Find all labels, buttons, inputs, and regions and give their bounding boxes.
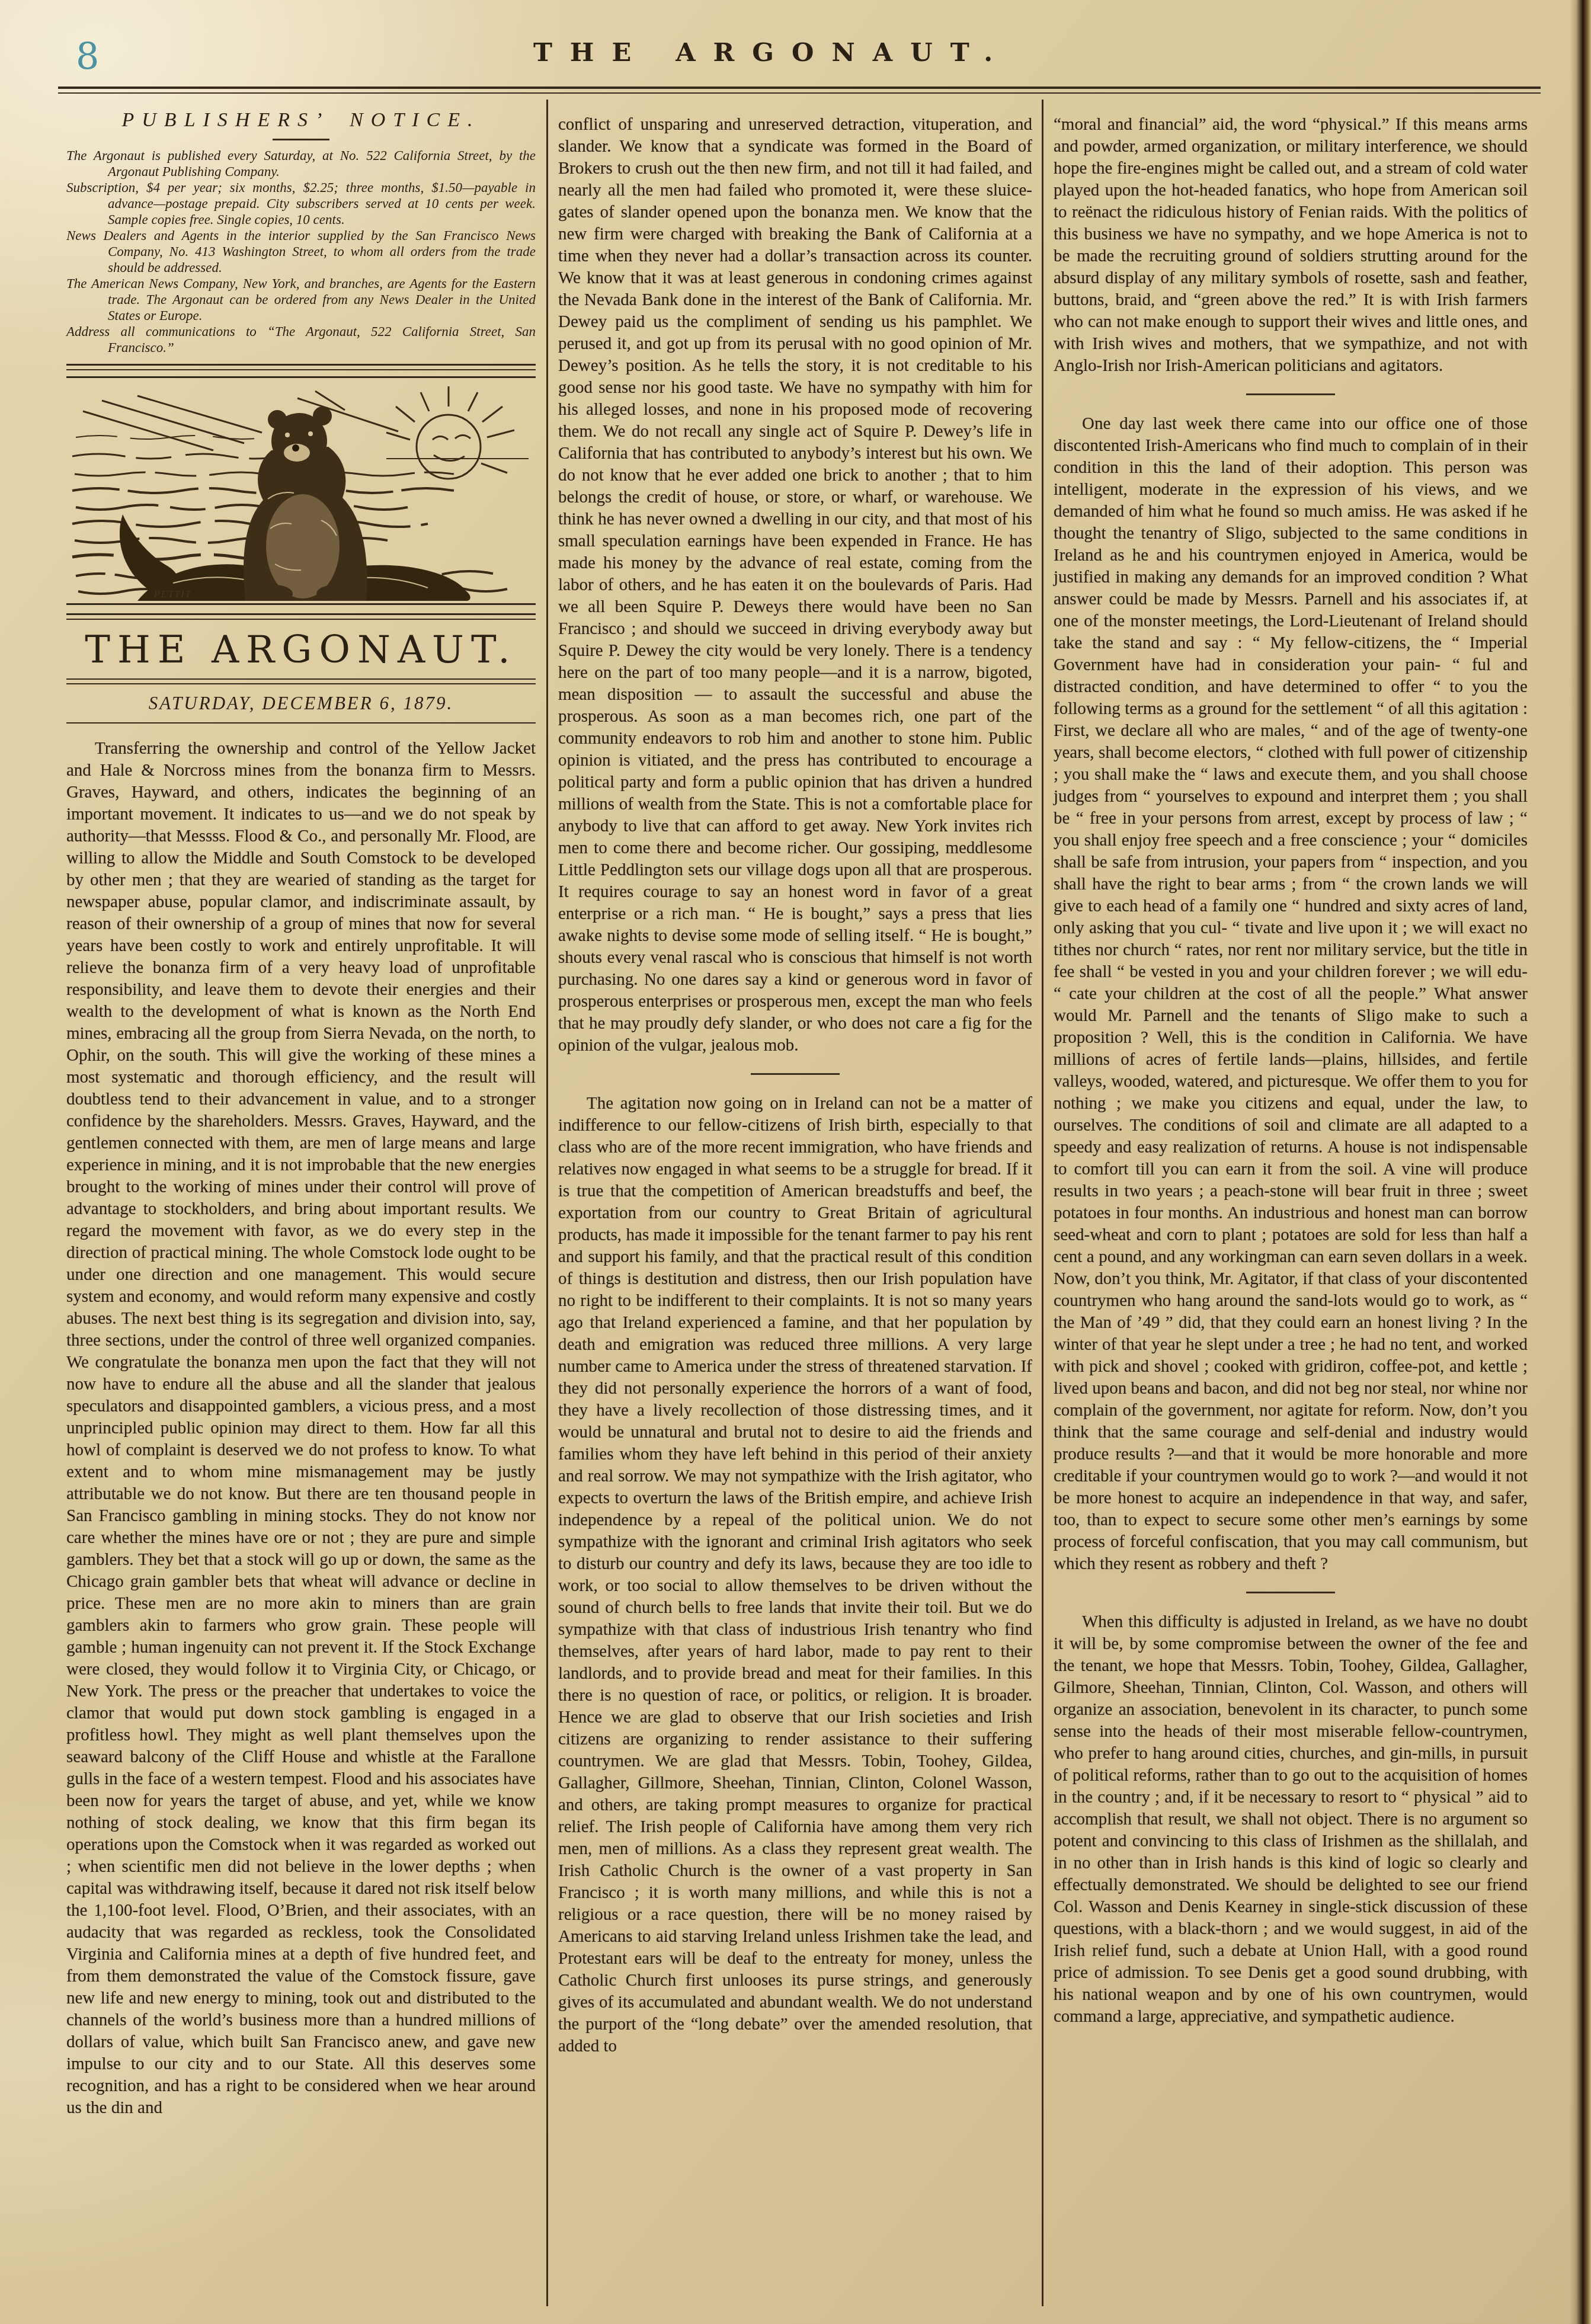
dateline-rule bbox=[66, 722, 536, 724]
masthead-title: THE ARGONAUT. bbox=[66, 630, 536, 670]
engraver-signature: PETTIT bbox=[153, 590, 192, 600]
section-divider bbox=[751, 1073, 840, 1075]
column-divider-rule-left bbox=[546, 100, 548, 2306]
notice-paragraph: News Dealers and Agents in the interior … bbox=[66, 228, 536, 276]
engraving-bottom-rule bbox=[66, 613, 536, 620]
article-paragraph: “moral and financial” aid, the word “phy… bbox=[1054, 114, 1528, 377]
masthead-engraving: PETTIT bbox=[66, 376, 536, 605]
notice-paragraph: The American News Company, New York, and… bbox=[66, 276, 536, 324]
page-edge-shadow bbox=[1570, 0, 1591, 2324]
running-head: THE ARGONAUT. bbox=[0, 38, 1544, 68]
header-rule-thin bbox=[58, 92, 1541, 94]
notice-bottom-rule bbox=[66, 364, 536, 370]
article-column-left: Transferring the ownership and control o… bbox=[66, 738, 536, 2119]
notice-paragraph: Subscription, $4 per year; six months, $… bbox=[66, 180, 536, 228]
publishers-notice: The Argonaut is published every Saturday… bbox=[66, 148, 536, 356]
header-rule-thick bbox=[58, 87, 1541, 89]
publishers-notice-divider bbox=[273, 139, 329, 140]
notice-paragraph: The Argonaut is published every Saturday… bbox=[66, 148, 536, 180]
notice-paragraph: Address all communications to “The Argon… bbox=[66, 324, 536, 356]
engraving-illustration: PETTIT bbox=[66, 380, 536, 601]
article-paragraph: The agitation now going on in Ireland ca… bbox=[558, 1093, 1032, 2057]
section-divider bbox=[1246, 1592, 1335, 1593]
article-column-right: “moral and financial” aid, the word “phy… bbox=[1054, 114, 1528, 2028]
column-left: PUBLISHERS’ NOTICE. The Argonaut is publ… bbox=[66, 100, 536, 2119]
newspaper-page: 8 THE ARGONAUT. PUBLISHERS’ NOTICE. The … bbox=[0, 0, 1591, 2324]
sun-rays-left-icon bbox=[83, 391, 398, 450]
article-column-middle: conflict of unsparing and unreserved det… bbox=[558, 114, 1032, 2057]
section-divider bbox=[1246, 393, 1335, 395]
article-paragraph: Transferring the ownership and control o… bbox=[66, 738, 536, 2119]
masthead-dateline: SATURDAY, DECEMBER 6, 1879. bbox=[66, 693, 536, 714]
publishers-notice-title: PUBLISHERS’ NOTICE. bbox=[66, 109, 536, 132]
masthead-rule bbox=[66, 678, 536, 684]
article-paragraph: One day last week there came into our of… bbox=[1054, 413, 1528, 1575]
article-paragraph: conflict of unsparing and unreserved det… bbox=[558, 114, 1032, 1057]
sun-face-icon bbox=[386, 386, 514, 479]
article-paragraph: When this difficulty is adjusted in Irel… bbox=[1054, 1611, 1528, 2028]
bear-figure bbox=[244, 406, 367, 601]
column-divider-rule-right bbox=[1042, 100, 1043, 2306]
